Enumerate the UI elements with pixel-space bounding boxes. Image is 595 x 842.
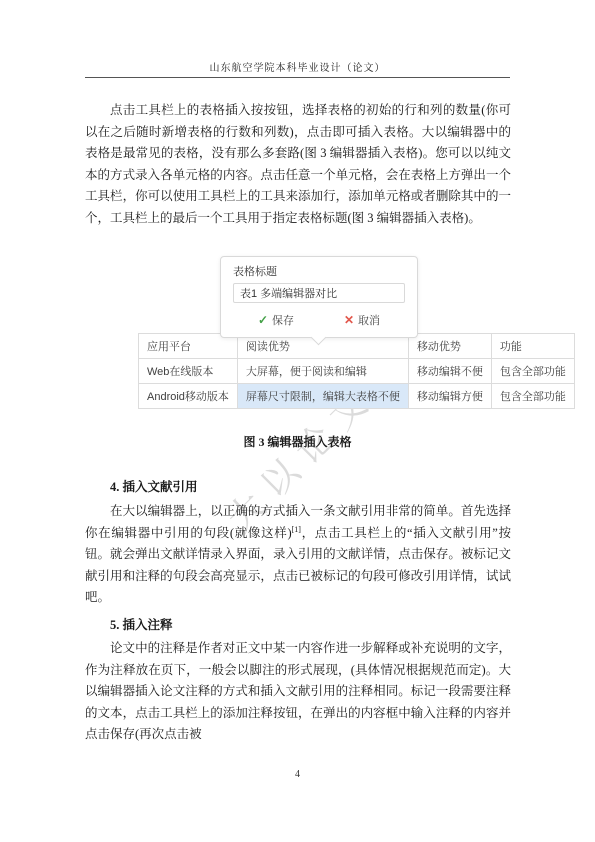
citation-superscript: [1]	[292, 524, 301, 533]
paragraph-table-insert: 点击工具栏上的表格插入按按钮，选择表格的初始的行和列的数量(你可以在之后随时新增…	[85, 100, 511, 229]
header-rule	[85, 77, 510, 78]
dialog-buttons: ✓ 保存 ✕ 取消	[233, 312, 405, 328]
paragraph-annotation: 论文中的注释是作者对正文中某一内容作进一步解释或补充说明的文字，作为注释放在页下…	[85, 638, 511, 746]
section-heading-citation: 4. 插入文献引用	[85, 477, 511, 495]
cell-android-reading-selected[interactable]: 屏幕尺寸限制，编辑大表格不便	[237, 384, 408, 409]
cell-web-features[interactable]: 包含全部功能	[491, 359, 574, 384]
cancel-button-label: 取消	[358, 312, 380, 328]
table-row: Android移动版本 屏幕尺寸限制，编辑大表格不便 移动编辑方便 包含全部功能	[139, 384, 575, 409]
header-cell-mobile[interactable]: 移动优势	[408, 334, 491, 359]
cell-web-reading[interactable]: 大屏幕，便于阅读和编辑	[237, 359, 408, 384]
table-row: Web在线版本 大屏幕，便于阅读和编辑 移动编辑不便 包含全部功能	[139, 359, 575, 384]
cell-web-mobile[interactable]: 移动编辑不便	[408, 359, 491, 384]
save-button-label: 保存	[272, 312, 294, 328]
page-number: 4	[0, 769, 595, 780]
close-icon: ✕	[344, 313, 354, 327]
figure-caption: 图 3 编辑器插入表格	[0, 433, 595, 450]
cancel-button[interactable]: ✕ 取消	[344, 312, 380, 328]
save-button[interactable]: ✓ 保存	[258, 312, 294, 328]
table-title-dialog: 表格标题 ✓ 保存 ✕ 取消	[220, 256, 418, 338]
editor-comparison-table: 应用平台 阅读优势 移动优势 功能 Web在线版本 大屏幕，便于阅读和编辑 移动…	[138, 333, 575, 409]
page-header: 山东航空学院本科毕业设计（论文）	[0, 59, 595, 74]
cell-android-features[interactable]: 包含全部功能	[491, 384, 574, 409]
document-page: 大以论文 山东航空学院本科毕业设计（论文） 点击工具栏上的表格插入按按钮，选择表…	[0, 0, 595, 842]
cell-web-platform[interactable]: Web在线版本	[139, 359, 238, 384]
section-heading-annotation: 5. 插入注释	[85, 615, 511, 633]
header-cell-features[interactable]: 功能	[491, 334, 574, 359]
cell-android-platform[interactable]: Android移动版本	[139, 384, 238, 409]
table-title-input[interactable]	[233, 283, 405, 303]
table-title-label: 表格标题	[233, 265, 405, 279]
cell-android-mobile[interactable]: 移动编辑方便	[408, 384, 491, 409]
check-icon: ✓	[258, 313, 268, 327]
paragraph-citation: 在大以编辑器上，以正确的方式插入一条文献引用非常的简单。首先选择你在编辑器中引用…	[85, 501, 511, 609]
